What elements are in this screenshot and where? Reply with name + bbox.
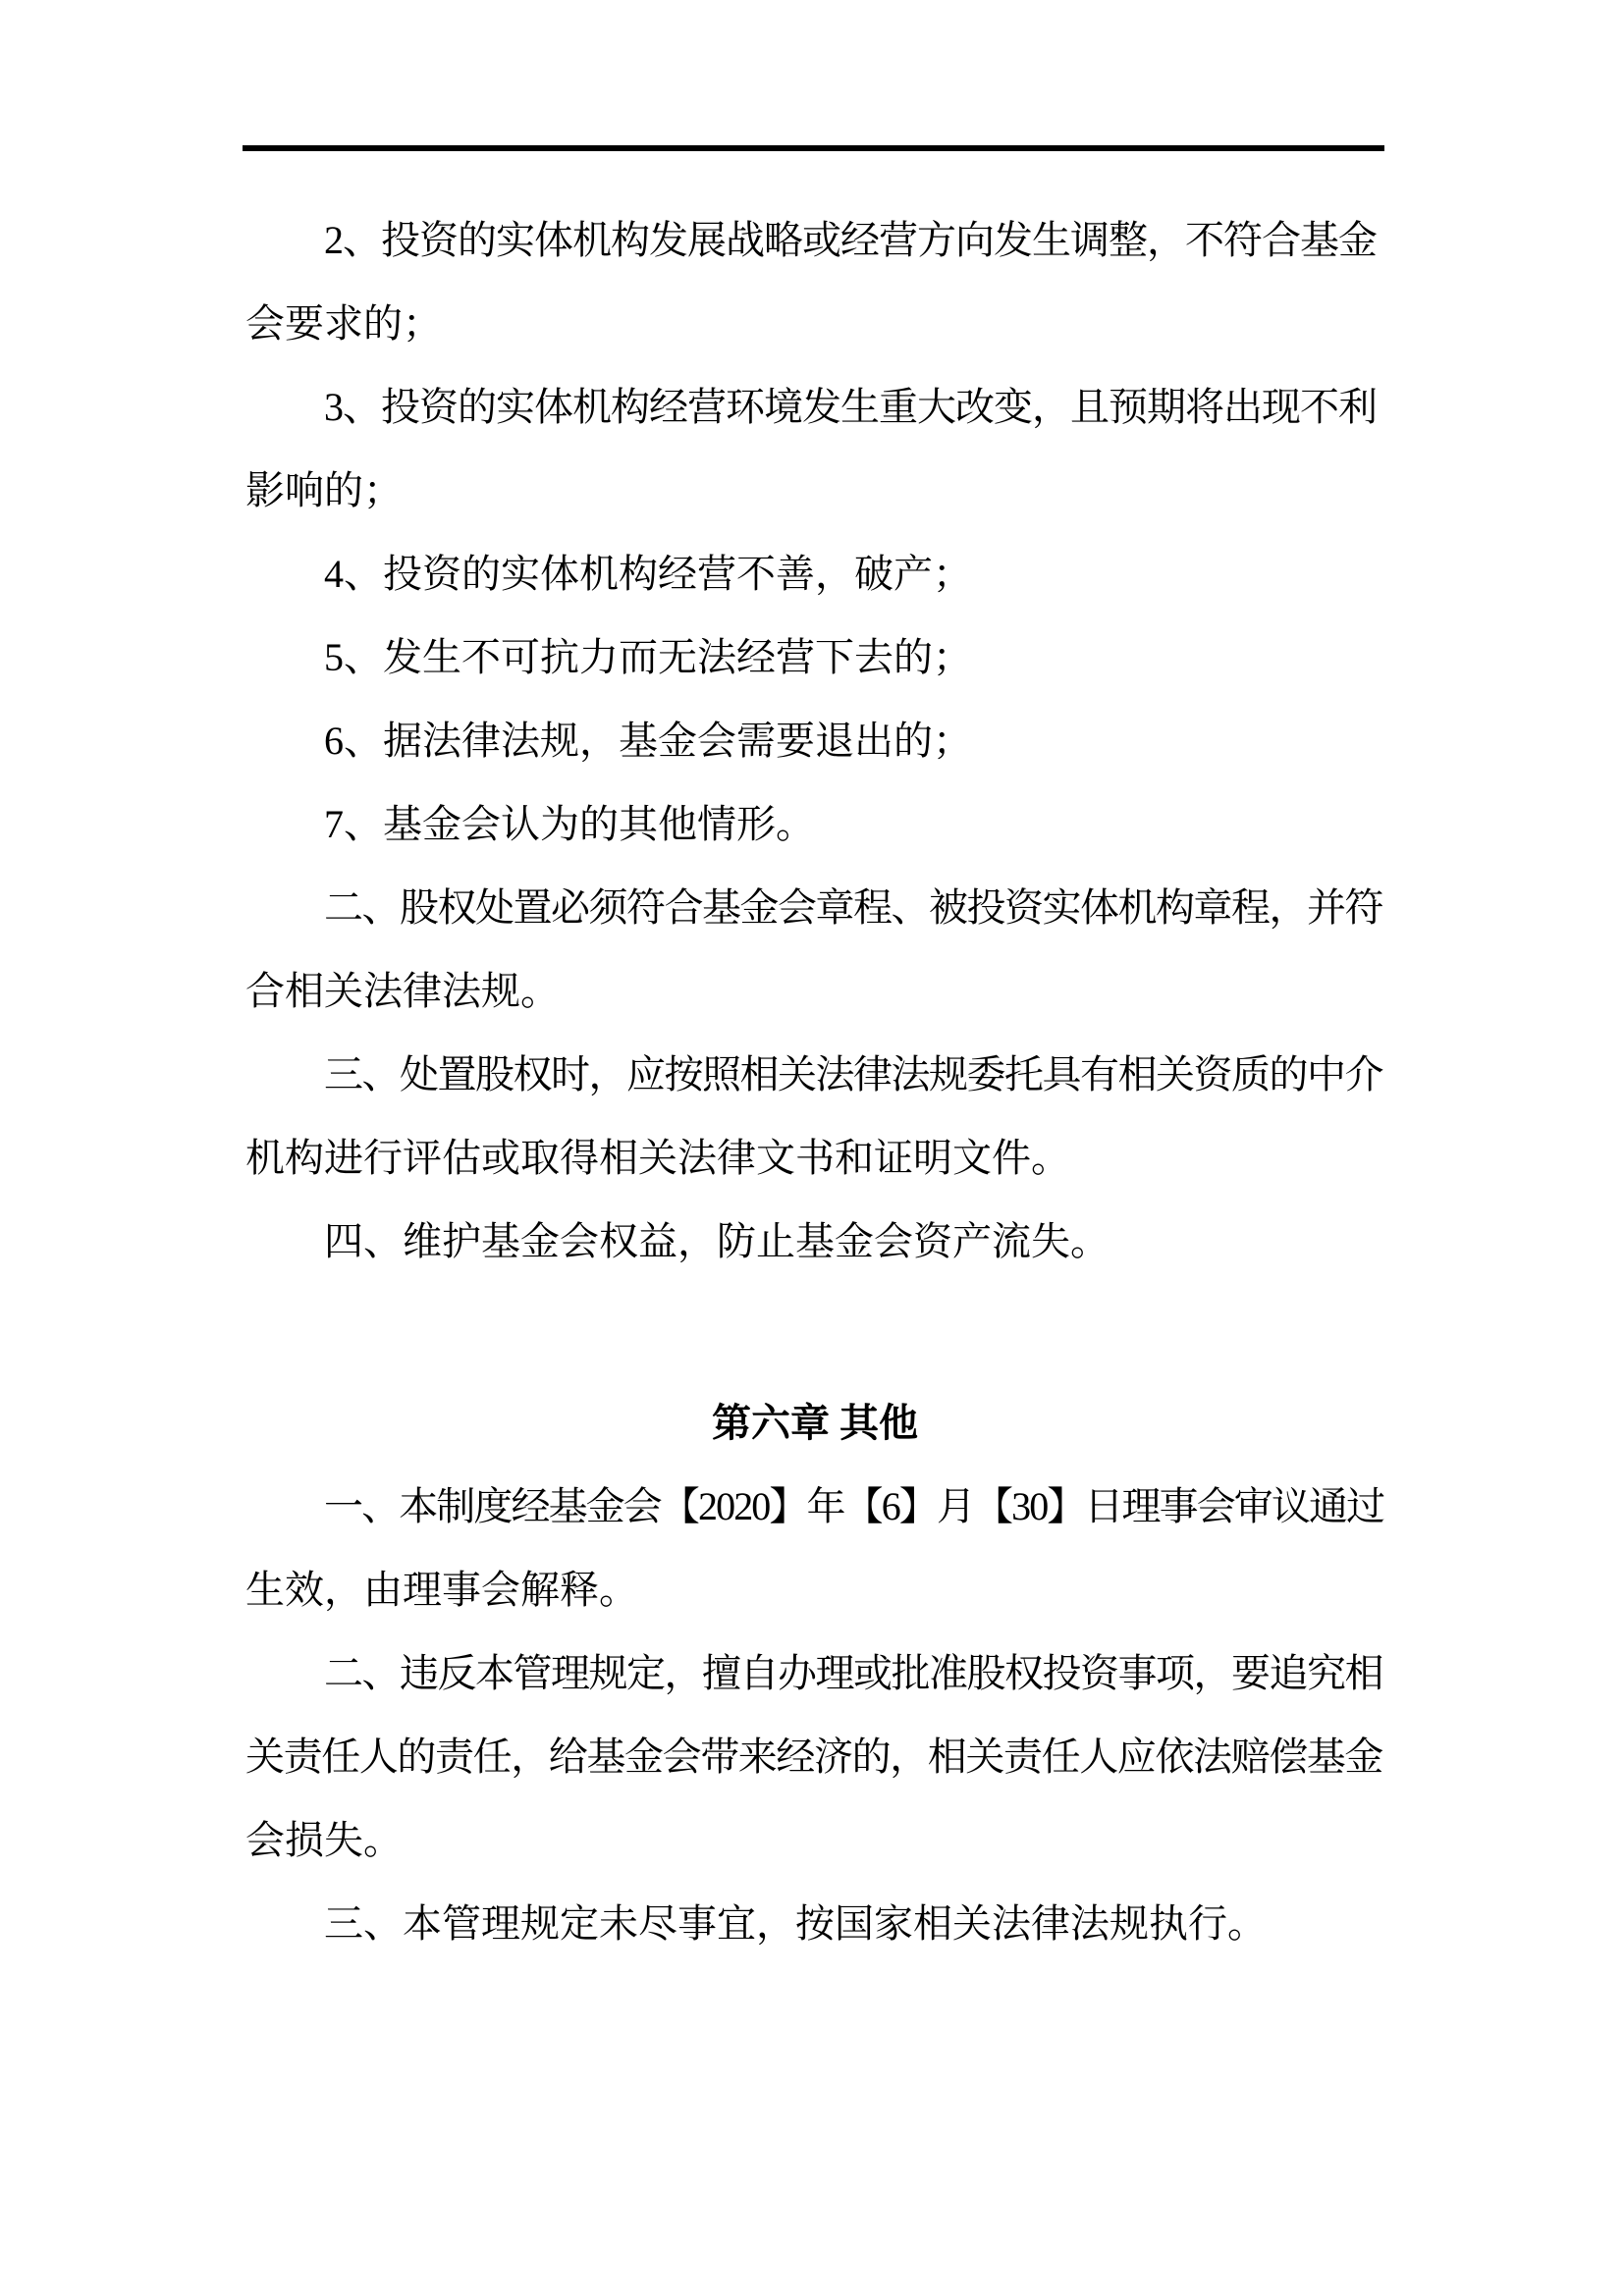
document-line: 一、本制度经基金会【2020】年【6】月【30】日理事会审议通过: [245, 1465, 1384, 1548]
document-line: 合相关法律法规。: [245, 949, 1384, 1033]
chapter-heading: 第六章 其他: [245, 1381, 1384, 1465]
document-line: 影响的；: [245, 449, 1384, 532]
document-line: 6、据法律法规，基金会需要退出的；: [245, 699, 1384, 782]
document-body: 2、投资的实体机构发展战略或经营方向发生调整，不符合基金 会要求的； 3、投资的…: [245, 198, 1384, 1965]
document-page: 2、投资的实体机构发展战略或经营方向发生调整，不符合基金 会要求的； 3、投资的…: [0, 0, 1624, 2296]
document-line: 机构进行评估或取得相关法律文书和证明文件。: [245, 1116, 1384, 1200]
document-line: 4、投资的实体机构经营不善，破产；: [245, 532, 1384, 615]
document-line: 3、投资的实体机构经营环境发生重大改变，且预期将出现不利: [245, 365, 1384, 449]
document-line: 7、基金会认为的其他情形。: [245, 782, 1384, 866]
document-line: 2、投资的实体机构发展战略或经营方向发生调整，不符合基金: [245, 198, 1384, 282]
document-line: 二、违反本管理规定，擅自办理或批准股权投资事项，要追究相: [245, 1631, 1384, 1715]
document-line: 生效，由理事会解释。: [245, 1548, 1384, 1631]
document-line: 二、股权处置必须符合基金会章程、被投资实体机构章程，并符: [245, 866, 1384, 949]
header-rule: [243, 145, 1384, 151]
document-line: 会损失。: [245, 1798, 1384, 1882]
document-line: 四、维护基金会权益，防止基金会资产流失。: [245, 1200, 1384, 1283]
document-line: 会要求的；: [245, 282, 1384, 365]
document-line: 5、发生不可抗力而无法经营下去的；: [245, 615, 1384, 699]
document-line: 三、本管理规定未尽事宜，按国家相关法律法规执行。: [245, 1882, 1384, 1965]
document-line: 关责任人的责任，给基金会带来经济的，相关责任人应依法赔偿基金: [245, 1715, 1384, 1798]
document-line: 三、处置股权时，应按照相关法律法规委托具有相关资质的中介: [245, 1033, 1384, 1116]
